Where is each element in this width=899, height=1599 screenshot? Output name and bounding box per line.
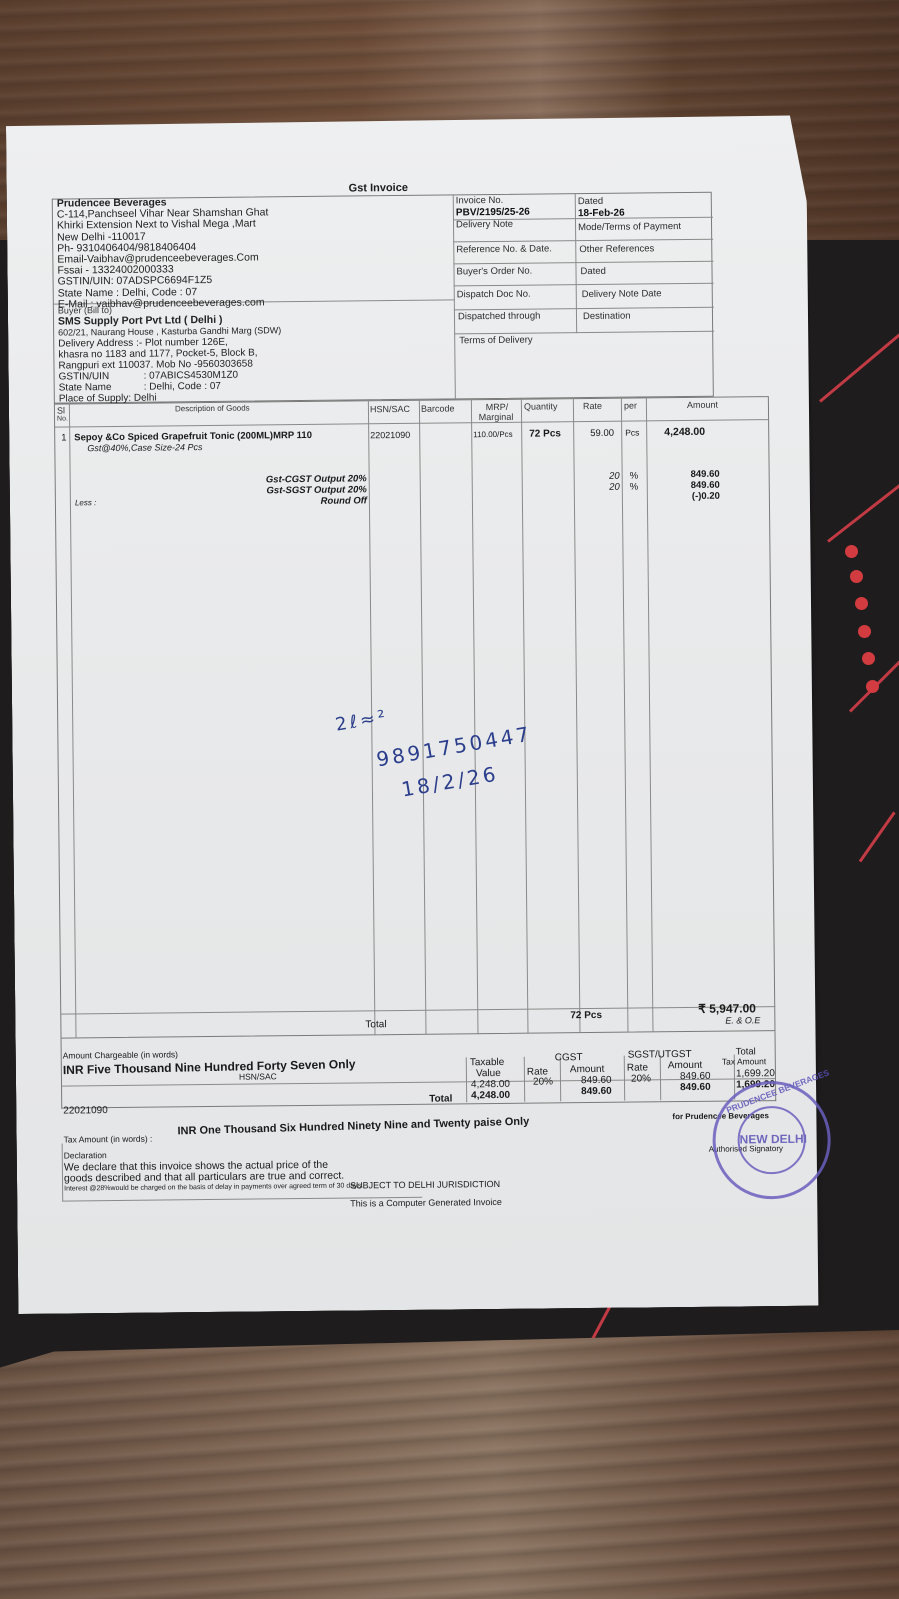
tax-line-sgst-rate: 20 [604, 482, 620, 493]
tax-summary-cgst-rate: 20% [533, 1076, 553, 1087]
computer-generated-note: This is a Computer Generated Invoice [350, 1197, 502, 1209]
tax-line-cgst-amount: 849.60 [658, 469, 720, 481]
cgst-label: CGST [555, 1052, 583, 1063]
tax-summary-sgst-amount: 849.60 [680, 1071, 711, 1082]
total-quantity: 72 Pcs [570, 1010, 602, 1021]
total-label: Total [365, 1019, 386, 1030]
mode-terms-label: Mode/Terms of Payment [578, 221, 681, 233]
header-rate: Rate [583, 401, 602, 411]
stamp-center-text: NEW DELHI [740, 1132, 807, 1147]
item-quantity: 72 Pcs [529, 428, 561, 439]
jurisdiction-note: SUBJECT TO DELHI JURISDICTION [350, 1179, 500, 1191]
declaration-label: Declaration [64, 1150, 107, 1160]
tax-line-roundoff-amount: (-)0.20 [658, 491, 720, 503]
other-references-label: Other References [579, 243, 654, 255]
header-hsn: HSN/SAC [370, 404, 410, 414]
taxable-value-label: Taxable [470, 1057, 505, 1068]
item-rate: 59.00 [590, 428, 614, 439]
item-hsn: 22021090 [370, 430, 410, 440]
dated-label: Dated [578, 196, 603, 207]
total-tax-label-2: Tax Amount [722, 1056, 767, 1066]
dispatch-doc-label: Dispatch Doc No. [457, 289, 531, 301]
terms-of-delivery-label: Terms of Delivery [459, 335, 532, 347]
header-quantity: Quantity [524, 401, 558, 411]
sgst-amount-label: Amount [668, 1060, 703, 1071]
item-mrp: 110.00/Pcs [473, 430, 513, 439]
tax-summary-total-cgst: 849.60 [581, 1086, 612, 1097]
header-barcode: Barcode [421, 403, 455, 413]
grand-total: ₹ 5,947.00 [698, 1001, 756, 1016]
invoice-no: PBV/2195/25-26 [456, 207, 530, 219]
item-per: Pcs [625, 427, 639, 437]
tax-line-cgst-unit: % [630, 470, 639, 481]
seller-block: Prudencee Beverages C-114,Panchseel Viha… [57, 196, 270, 310]
tax-summary-total-taxable: 4,248.00 [471, 1090, 510, 1101]
seller-address-line: Khirki Extension Next to Vishal Mega ,Ma… [57, 219, 269, 232]
tax-line-roundoff-label: Round Off [224, 495, 367, 507]
tax-summary-total-tax: 1,699.20 [736, 1068, 775, 1079]
invoice-date: 18-Feb-26 [578, 208, 625, 219]
tax-summary-total-label: Total [429, 1093, 452, 1104]
header-amount: Amount [687, 400, 718, 410]
tax-summary-total-sgst: 849.60 [680, 1082, 711, 1093]
buyer-block: Buyer (Bill to) SMS Supply Port Pvt Ltd … [58, 303, 282, 404]
invoice-sheet: Gst Invoice Prudencee Beverages C-114,Pa… [0, 0, 899, 1599]
item-sub-description: Gst@40%,Case Size-24 Pcs [87, 442, 202, 453]
buyer-state: : Delhi, Code : 07 [144, 381, 221, 393]
dispatched-through-label: Dispatched through [458, 311, 541, 323]
destination-label: Destination [583, 311, 631, 322]
document-title: Gst Invoice [349, 182, 408, 195]
tax-summary-sgst-rate: 20% [631, 1073, 651, 1084]
tax-line-sgst-amount: 849.60 [658, 480, 720, 492]
tax-summary-hsn-label: HSN/SAC [239, 1071, 277, 1081]
item-sl: 1 [61, 432, 66, 443]
company-stamp: NEW DELHI PRUDENCEE BEVERAGES [712, 1081, 831, 1200]
buyer-gstin-label: GSTIN/UIN [59, 371, 144, 383]
header-sl-no: No. [57, 415, 68, 422]
delivery-note-label: Delivery Note [456, 219, 513, 231]
tax-summary-cgst-amount: 849.60 [581, 1075, 612, 1086]
header-mrp: MRP/ [477, 402, 517, 412]
less-label: Less : [75, 498, 96, 507]
invoice-no-label: Invoice No. [456, 195, 504, 206]
tax-line-sgst-unit: % [630, 481, 639, 492]
amount-in-words-label: Amount Chargeable (in words) [63, 1049, 178, 1060]
eoe-label: E. & O.E [725, 1015, 760, 1025]
header-sl: Sl [57, 405, 65, 415]
header-mrp-marginal: Marginal [473, 412, 519, 422]
header-description: Description of Goods [175, 404, 250, 414]
reference-label: Reference No. & Date. [456, 243, 552, 255]
tax-summary-hsn: 22021090 [63, 1105, 108, 1116]
tax-line-cgst-rate: 20 [604, 471, 620, 482]
buyer-state-label: State Name [59, 382, 144, 394]
item-amount: 4,248.00 [664, 426, 705, 438]
cgst-amount-label: Amount [570, 1064, 605, 1075]
buyer-gstin: : 07ABICS4530M1Z0 [144, 370, 239, 382]
header-per: per [624, 401, 637, 411]
buyers-order-label: Buyer's Order No. [456, 266, 532, 278]
tax-summary-taxable: 4,248.00 [471, 1079, 510, 1090]
sgst-rate-label: Rate [627, 1062, 648, 1073]
buyers-order-dated-label: Dated [580, 266, 605, 277]
delivery-note-date-label: Delivery Note Date [582, 288, 662, 300]
sgst-label: SGST/UTGST [628, 1049, 692, 1061]
taxable-value-label-2: Value [476, 1068, 501, 1079]
